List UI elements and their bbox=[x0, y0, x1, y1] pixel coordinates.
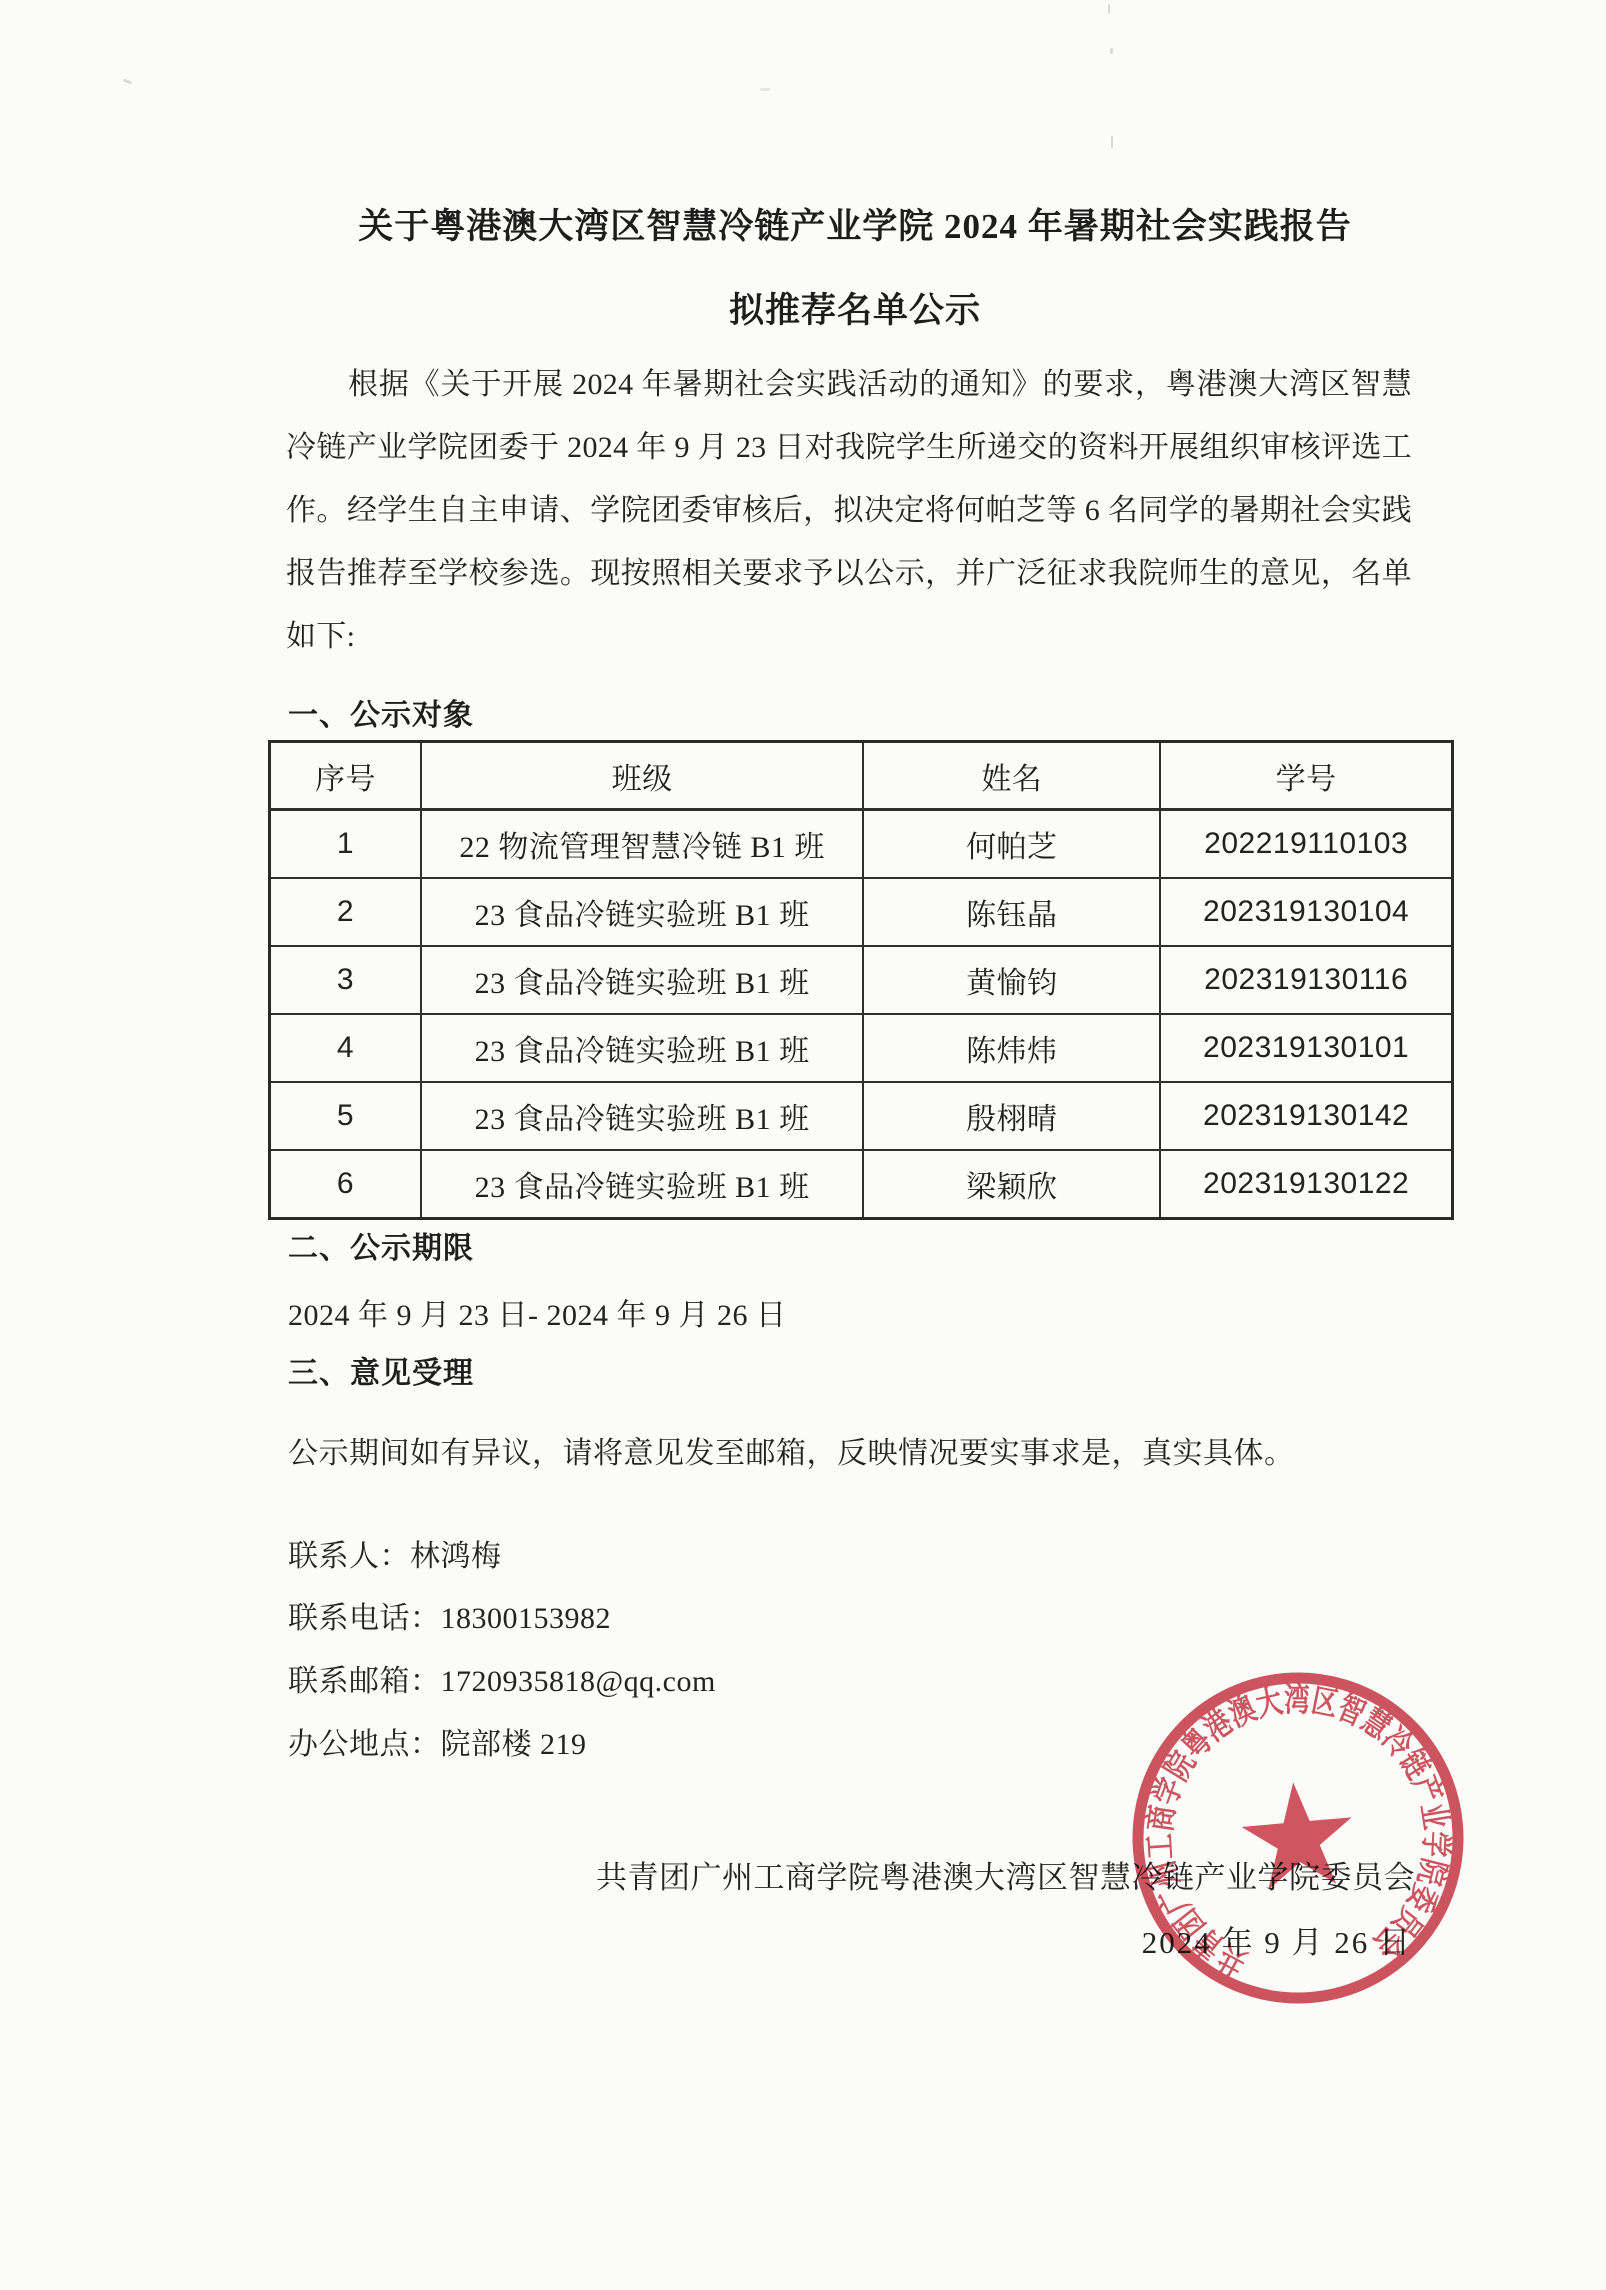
table-row: 2 23 食品冷链实验班 B1 班 陈钰晶 202319130104 bbox=[270, 878, 1453, 946]
cell-index: 6 bbox=[270, 1150, 421, 1219]
cell-name: 梁颖欣 bbox=[863, 1150, 1160, 1219]
scan-speck bbox=[760, 88, 770, 91]
scan-speck bbox=[1111, 136, 1113, 148]
cell-name: 黄愉钧 bbox=[863, 946, 1160, 1014]
section3-heading: 三、意见受理 bbox=[288, 1348, 474, 1392]
scan-speck bbox=[123, 78, 132, 84]
scan-speck bbox=[1110, 48, 1113, 54]
cell-index: 3 bbox=[270, 946, 421, 1014]
doc-title-line2: 拟推荐名单公示 bbox=[292, 290, 1418, 332]
seal-star-icon bbox=[1238, 1777, 1357, 1891]
feedback-instruction: 公示期间如有异议，请将意见发至邮箱，反映情况要实事求是，真实具体。 bbox=[288, 1428, 1295, 1472]
intro-paragraph: 根据《关于开展 2024 年暑期社会实践活动的通知》的要求，粤港澳大湾区智慧冷链… bbox=[286, 353, 1412, 668]
scan-speck bbox=[1108, 4, 1110, 14]
publicity-period: 2024 年 9 月 23 日- 2024 年 9 月 26 日 bbox=[288, 1290, 787, 1334]
table-row: 1 22 物流管理智慧冷链 B1 班 何帕芝 202219110103 bbox=[270, 810, 1453, 879]
section2-heading: 二、公示期限 bbox=[288, 1223, 474, 1267]
cell-name: 殷栩晴 bbox=[863, 1082, 1160, 1150]
table-row: 5 23 食品冷链实验班 B1 班 殷栩晴 202319130142 bbox=[270, 1082, 1453, 1150]
official-red-seal: 共青团广州工商学院粤港澳大湾区智慧冷链产业学院委员会 bbox=[1114, 1654, 1482, 2022]
cell-name: 陈炜炜 bbox=[863, 1014, 1160, 1082]
cell-class: 22 物流管理智慧冷链 B1 班 bbox=[421, 810, 863, 879]
cell-class: 23 食品冷链实验班 B1 班 bbox=[421, 1014, 863, 1082]
cell-student-id: 202319130116 bbox=[1160, 946, 1452, 1014]
cell-student-id: 202319130101 bbox=[1160, 1014, 1452, 1082]
cell-class: 23 食品冷链实验班 B1 班 bbox=[421, 1082, 863, 1150]
cell-class: 23 食品冷链实验班 B1 班 bbox=[421, 878, 863, 946]
cell-index: 1 bbox=[270, 810, 421, 879]
cell-student-id: 202319130142 bbox=[1160, 1082, 1452, 1150]
cell-name: 陈钰晶 bbox=[863, 878, 1160, 946]
cell-student-id: 202319130122 bbox=[1160, 1150, 1452, 1219]
col-header-name: 姓名 bbox=[863, 742, 1160, 810]
cell-name: 何帕芝 bbox=[863, 810, 1160, 879]
doc-title-line1: 关于粤港澳大湾区智慧冷链产业学院 2024 年暑期社会实践报告 bbox=[292, 206, 1418, 248]
col-header-student-id: 学号 bbox=[1160, 742, 1452, 810]
cell-index: 5 bbox=[270, 1082, 421, 1150]
table-row: 3 23 食品冷链实验班 B1 班 黄愉钧 202319130116 bbox=[270, 946, 1453, 1014]
contact-phone: 联系电话：18300153982 bbox=[288, 1593, 611, 1637]
col-header-class: 班级 bbox=[421, 742, 863, 810]
contact-office: 办公地点：院部楼 219 bbox=[288, 1719, 587, 1763]
col-header-index: 序号 bbox=[270, 742, 421, 810]
cell-index: 2 bbox=[270, 878, 421, 946]
table-header-row: 序号 班级 姓名 学号 bbox=[270, 742, 1453, 810]
cell-index: 4 bbox=[270, 1014, 421, 1082]
table-row: 4 23 食品冷链实验班 B1 班 陈炜炜 202319130101 bbox=[270, 1014, 1453, 1082]
section1-heading: 一、公示对象 bbox=[288, 690, 474, 734]
scanned-announcement-page: 关于粤港澳大湾区智慧冷链产业学院 2024 年暑期社会实践报告 拟推荐名单公示 … bbox=[0, 0, 1606, 2290]
contact-person: 联系人：林鸿梅 bbox=[288, 1531, 502, 1575]
cell-class: 23 食品冷链实验班 B1 班 bbox=[421, 946, 863, 1014]
cell-student-id: 202319130104 bbox=[1160, 878, 1452, 946]
cell-class: 23 食品冷链实验班 B1 班 bbox=[421, 1150, 863, 1219]
candidate-table: 序号 班级 姓名 学号 1 22 物流管理智慧冷链 B1 班 何帕芝 20221… bbox=[268, 740, 1454, 1220]
cell-student-id: 202219110103 bbox=[1160, 810, 1452, 879]
table-row: 6 23 食品冷链实验班 B1 班 梁颖欣 202319130122 bbox=[270, 1150, 1453, 1219]
contact-email: 联系邮箱：1720935818@qq.com bbox=[288, 1656, 716, 1700]
